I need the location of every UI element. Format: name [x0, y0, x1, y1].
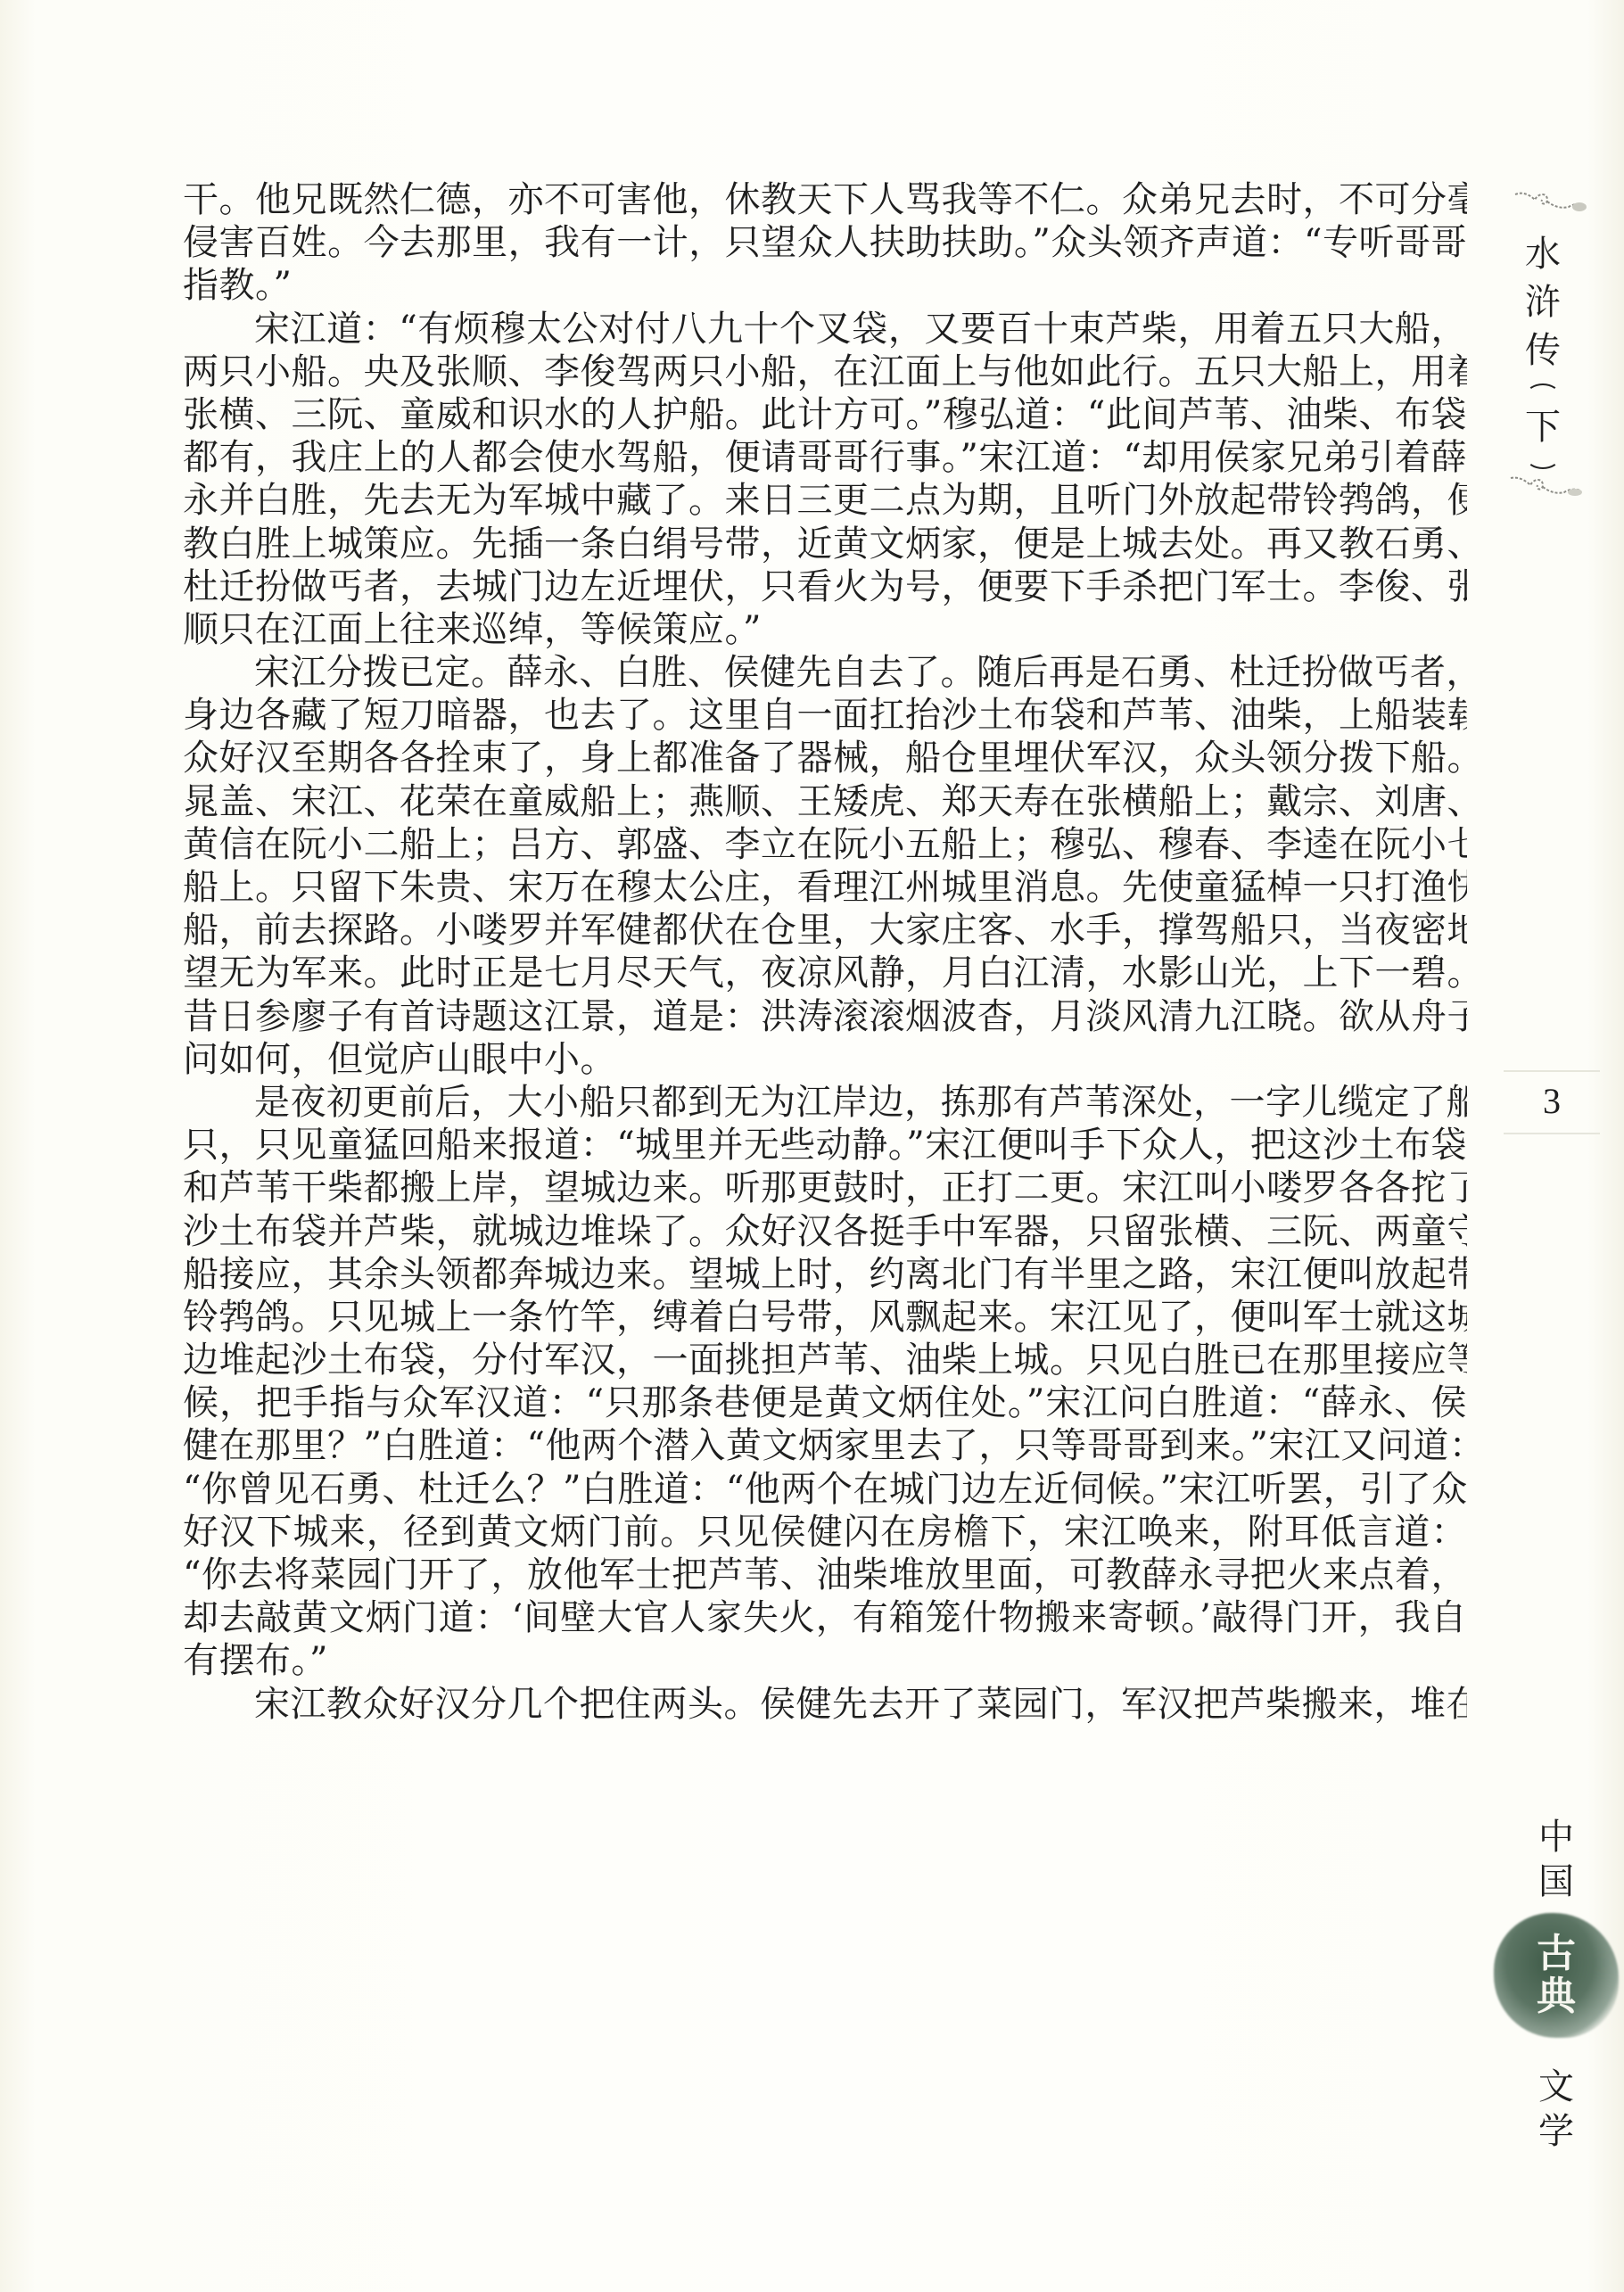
cloud-ornament-top-icon	[1512, 187, 1592, 214]
series-char: 中	[1538, 1815, 1574, 1859]
running-title-char: 传	[1525, 326, 1561, 375]
body-text: 干。他兄既然仁德，亦不可害他，休教天下人骂我等不仁。众弟兄去时，不可分毫侵害百姓…	[183, 178, 1467, 1726]
series-char: 文	[1538, 2065, 1574, 2109]
text-line: 船接应，其余头领都奔城边来。望城上时，约离北门有半里之路，宋江便叫放起带	[183, 1253, 1467, 1296]
seal-stamp-icon: 古 典	[1494, 1913, 1619, 2038]
text-line: 边堆起沙土布袋，分付军汉，一面挑担芦苇、油柴上城。只见白胜已在那里接应等	[183, 1339, 1467, 1381]
text-line: 问如何，但觉庐山眼中小。	[183, 1038, 1467, 1081]
cloud-ornament-bottom-icon	[1507, 473, 1587, 499]
series-char: 学	[1538, 2109, 1574, 2154]
text-line: “你曾见石勇、杜迁么？”白胜道：“他两个在城门边左近伺候。”宋江听罢，引了众	[183, 1468, 1467, 1511]
text-line: 却去敲黄文炳门道：‘间壁大官人家失火，有箱笼什物搬来寄顿。’敲得门开，我自	[183, 1596, 1467, 1639]
text-line: 晁盖、宋江、花荣在童威船上；燕顺、王矮虎、郑天寿在张横船上；戴宗、刘唐、	[183, 780, 1467, 823]
text-line: 铃鹁鸽。只见城上一条竹竿，缚着白号带，风飘起来。宋江见了，便叫军士就这城	[183, 1296, 1467, 1339]
series-char: 国	[1538, 1859, 1574, 1904]
seal-char: 典	[1537, 1975, 1576, 2018]
divider	[1504, 1133, 1600, 1134]
text-line: 望无为军来。此时正是七月尽天气，夜凉风静，月白江清，水影山光，上下一碧。	[183, 952, 1467, 994]
book-page: 干。他兄既然仁德，亦不可害他，休教天下人骂我等不仁。众弟兄去时，不可分毫侵害百姓…	[0, 0, 1624, 2292]
text-line: 杜迁扮做丐者，去城门边左近埋伏，只看火为号，便要下手杀把门军士。李俊、张	[183, 565, 1467, 608]
text-line: “你去将菜园门开了，放他军士把芦苇、油柴堆放里面，可教薛永寻把火来点着，	[183, 1554, 1467, 1596]
running-title-char: 水	[1525, 230, 1561, 278]
text-line: 沙土布袋并芦柴，就城边堆垛了。众好汉各挺手中军器，只留张横、三阮、两童守	[183, 1210, 1467, 1253]
page-number: 3	[1498, 1072, 1605, 1133]
seal-text: 古 典	[1494, 1913, 1619, 2038]
text-line: 船上。只留下朱贵、宋万在穆太公庄，看理江州城里消息。先使童猛棹一只打渔快	[183, 866, 1467, 909]
text-line: 健在那里？”白胜道：“他两个潜入黄文炳家里去了，只等哥哥到来。”宋江又问道：	[183, 1424, 1467, 1467]
text-line: 张横、三阮、童威和识水的人护船。此计方可。”穆弘道：“此间芦苇、油柴、布袋	[183, 393, 1467, 436]
running-title: 水 浒 传 下	[1521, 230, 1565, 476]
text-line: 昔日参廖子有首诗题这江景，道是：洪涛滚滚烟波杳，月淡风清九江晓。欲从舟子	[183, 995, 1467, 1038]
text-line: 干。他兄既然仁德，亦不可害他，休教天下人骂我等不仁。众弟兄去时，不可分毫	[183, 178, 1467, 221]
series-logo: 中 国 古 典 文 学	[1516, 1815, 1596, 2154]
text-line: 宋江教众好汉分几个把住两头。侯健先去开了菜园门，军汉把芦柴搬来，堆在	[183, 1683, 1467, 1726]
running-title-char: 浒	[1525, 278, 1561, 326]
text-line: 好汉下城来，径到黄文炳门前。只见侯健闪在房檐下，宋江唤来，附耳低言道：	[183, 1511, 1467, 1554]
volume-char: 下	[1525, 403, 1561, 451]
seal-char: 古	[1537, 1933, 1576, 1975]
page-number-block: 3	[1498, 1070, 1605, 1134]
paren-close-icon	[1526, 446, 1560, 469]
text-line: 是夜初更前后，大小船只都到无为江岸边，拣那有芦苇深处，一字儿缆定了船	[183, 1081, 1467, 1124]
text-line: 永并白胜，先去无为军城中藏了。来日三更二点为期，且听门外放起带铃鹁鸽，便	[183, 479, 1467, 522]
text-line: 两只小船。央及张顺、李俊驾两只小船，在江面上与他如此行。五只大船上，用着	[183, 350, 1467, 393]
text-line: 宋江分拨已定。薛永、白胜、侯健先自去了。随后再是石勇、杜迁扮做丐者，	[183, 651, 1467, 694]
text-line: 侵害百姓。今去那里，我有一计，只望众人扶助扶助。”众头领齐声道：“专听哥哥	[183, 221, 1467, 264]
text-line: 船，前去探路。小喽罗并军健都伏在仓里，大家庄客、水手，撑驾船只，当夜密地	[183, 909, 1467, 952]
text-line: 顺只在江面上往来巡绰，等候策应。”	[183, 608, 1467, 651]
text-line: 黄信在阮小二船上；吕方、郭盛、李立在阮小五船上；穆弘、穆春、李逵在阮小七	[183, 823, 1467, 866]
text-line: 只，只见童猛回船来报道：“城里并无些动静。”宋江便叫手下众人，把这沙土布袋	[183, 1124, 1467, 1167]
text-line: 宋江道：“有烦穆太公对付八九十个叉袋，又要百十束芦柴，用着五只大船，	[183, 308, 1467, 350]
text-line: 指教。”	[183, 264, 1467, 307]
text-line: 众好汉至期各各拴束了，身上都准备了器械，船仓里埋伏军汉，众头领分拨下船。	[183, 737, 1467, 779]
text-line: 和芦苇干柴都搬上岸，望城边来。听那更鼓时，正打二更。宋江叫小喽罗各各拕了	[183, 1167, 1467, 1209]
text-line: 身边各藏了短刀暗器，也去了。这里自一面扛抬沙土布袋和芦苇、油柴，上船装载。	[183, 694, 1467, 737]
text-line: 有摆布。”	[183, 1639, 1467, 1682]
text-line: 教白胜上城策应。先插一条白绢号带，近黄文炳家，便是上城去处。再又教石勇、	[183, 523, 1467, 565]
text-line: 候，把手指与众军汉道：“只那条巷便是黄文炳住处。”宋江问白胜道：“薛永、侯	[183, 1381, 1467, 1424]
text-line: 都有，我庄上的人都会使水驾船，便请哥哥行事。”宋江道：“却用侯家兄弟引着薛	[183, 436, 1467, 479]
